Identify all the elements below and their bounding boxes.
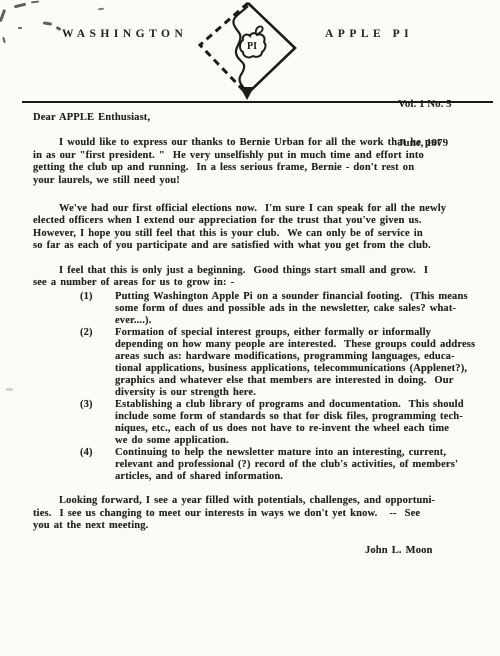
list-item-marker: (1) bbox=[80, 291, 106, 327]
scan-artifact bbox=[56, 26, 62, 31]
list-item-text: Formation of special interest groups, ei… bbox=[115, 327, 497, 399]
apple-leaf-icon bbox=[256, 26, 263, 34]
scan-artifact bbox=[31, 1, 39, 4]
scan-artifact bbox=[0, 9, 6, 22]
scan-artifact bbox=[18, 27, 22, 29]
paragraph-elections: We've had our first official elections n… bbox=[33, 203, 497, 253]
river-arrow-tip bbox=[240, 87, 254, 100]
signature: John L. Moon bbox=[365, 545, 497, 557]
scan-artifact bbox=[43, 21, 52, 25]
scan-artifact bbox=[6, 388, 13, 391]
masthead-title-apple-pi: APPLE PI bbox=[325, 28, 413, 40]
letter-body: Dear APPLE Enthusiast, I would like to e… bbox=[33, 112, 497, 557]
list-item-text: Putting Washington Apple Pi on a sounder… bbox=[115, 291, 497, 327]
scan-artifact bbox=[2, 37, 6, 43]
scan-artifact bbox=[98, 8, 104, 11]
list-item-text: Continuing to help the newsletter mature… bbox=[115, 447, 497, 483]
pi-monogram: PI bbox=[247, 41, 257, 52]
list-item-text: Establishing a club library of programs … bbox=[115, 399, 497, 447]
scanned-newsletter-page: WASHINGTON APPLE PI PI Vol. 1 No. 5 June… bbox=[0, 0, 500, 656]
list-item-marker: (4) bbox=[80, 447, 106, 483]
growth-areas-list: (1) Putting Washington Apple Pi on a sou… bbox=[80, 291, 497, 483]
volume-number: Vol. 1 No. 5 bbox=[398, 98, 452, 111]
list-item: (3) Establishing a club library of progr… bbox=[80, 399, 497, 447]
salutation: Dear APPLE Enthusiast, bbox=[33, 112, 497, 124]
washington-dc-diamond-logo: PI bbox=[194, 0, 306, 104]
masthead-divider-rule bbox=[22, 101, 493, 103]
list-item-marker: (2) bbox=[80, 327, 106, 399]
list-item-marker: (3) bbox=[80, 399, 106, 447]
list-item: (1) Putting Washington Apple Pi on a sou… bbox=[80, 291, 497, 327]
closing-paragraph: Looking forward, I see a year filled wit… bbox=[33, 495, 497, 532]
scan-artifact bbox=[14, 3, 26, 8]
list-item: (4) Continuing to help the newsletter ma… bbox=[80, 447, 497, 483]
paragraph-growth-intro: I feel that this is only just a beginnin… bbox=[33, 265, 497, 290]
masthead-title-washington: WASHINGTON bbox=[62, 28, 187, 40]
paragraph-thanks-bernie: I would like to express our thanks to Be… bbox=[33, 137, 497, 187]
list-item: (2) Formation of special interest groups… bbox=[80, 327, 497, 399]
